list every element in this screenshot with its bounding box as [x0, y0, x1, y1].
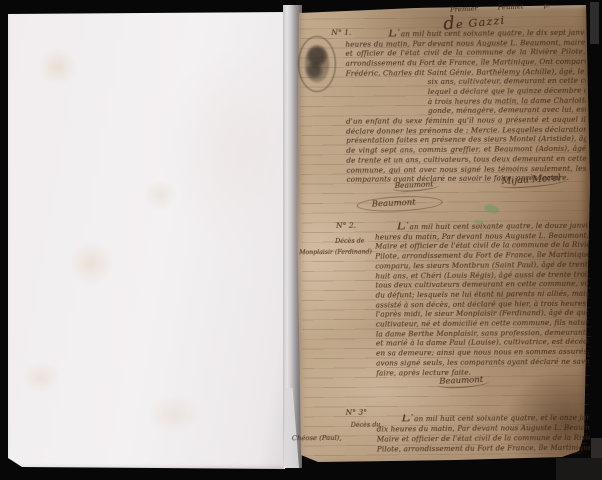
signature: Beaumont: [392, 179, 439, 192]
signature: Beaumont: [356, 194, 442, 213]
handwriting-line: L'an mil huit cent soixante quatre, et l…: [402, 413, 590, 424]
scanned-register-spread: Premier Feuillet p. de Gazzi N° 1.L'an m…: [0, 0, 602, 480]
margin-note: Monplaisir (Ferdinand): [299, 249, 372, 257]
handwriting-line: gonde, ménagère, demeurant avec lui, est…: [428, 105, 586, 115]
handwriting-line: six ans, cultivateur, demeurant en cette…: [428, 76, 586, 86]
handwriting-line: lequel a déclaré que le quinze décembre …: [428, 86, 586, 96]
margin-note: Décès de: [335, 237, 365, 245]
margin-note: Chéose (Paul),: [292, 434, 342, 442]
next-folio-edge: [590, 2, 599, 44]
entry-number: N° 1.: [331, 28, 351, 37]
page-shadow: [556, 458, 602, 480]
entry-number: N° 3°: [345, 408, 367, 417]
handwriting-line: Pilote, arrondissement du Fort de France…: [377, 442, 590, 453]
handwriting-line: à trois heures du matin, la dame Charlot…: [428, 95, 586, 105]
signature: Beaumont: [437, 375, 489, 389]
entry-number: N° 2.: [336, 221, 356, 230]
handwriting-layer: Premier Feuillet p. de Gazzi N° 1.L'an m…: [0, 0, 602, 480]
signature: Mijau Morel: [499, 172, 567, 189]
